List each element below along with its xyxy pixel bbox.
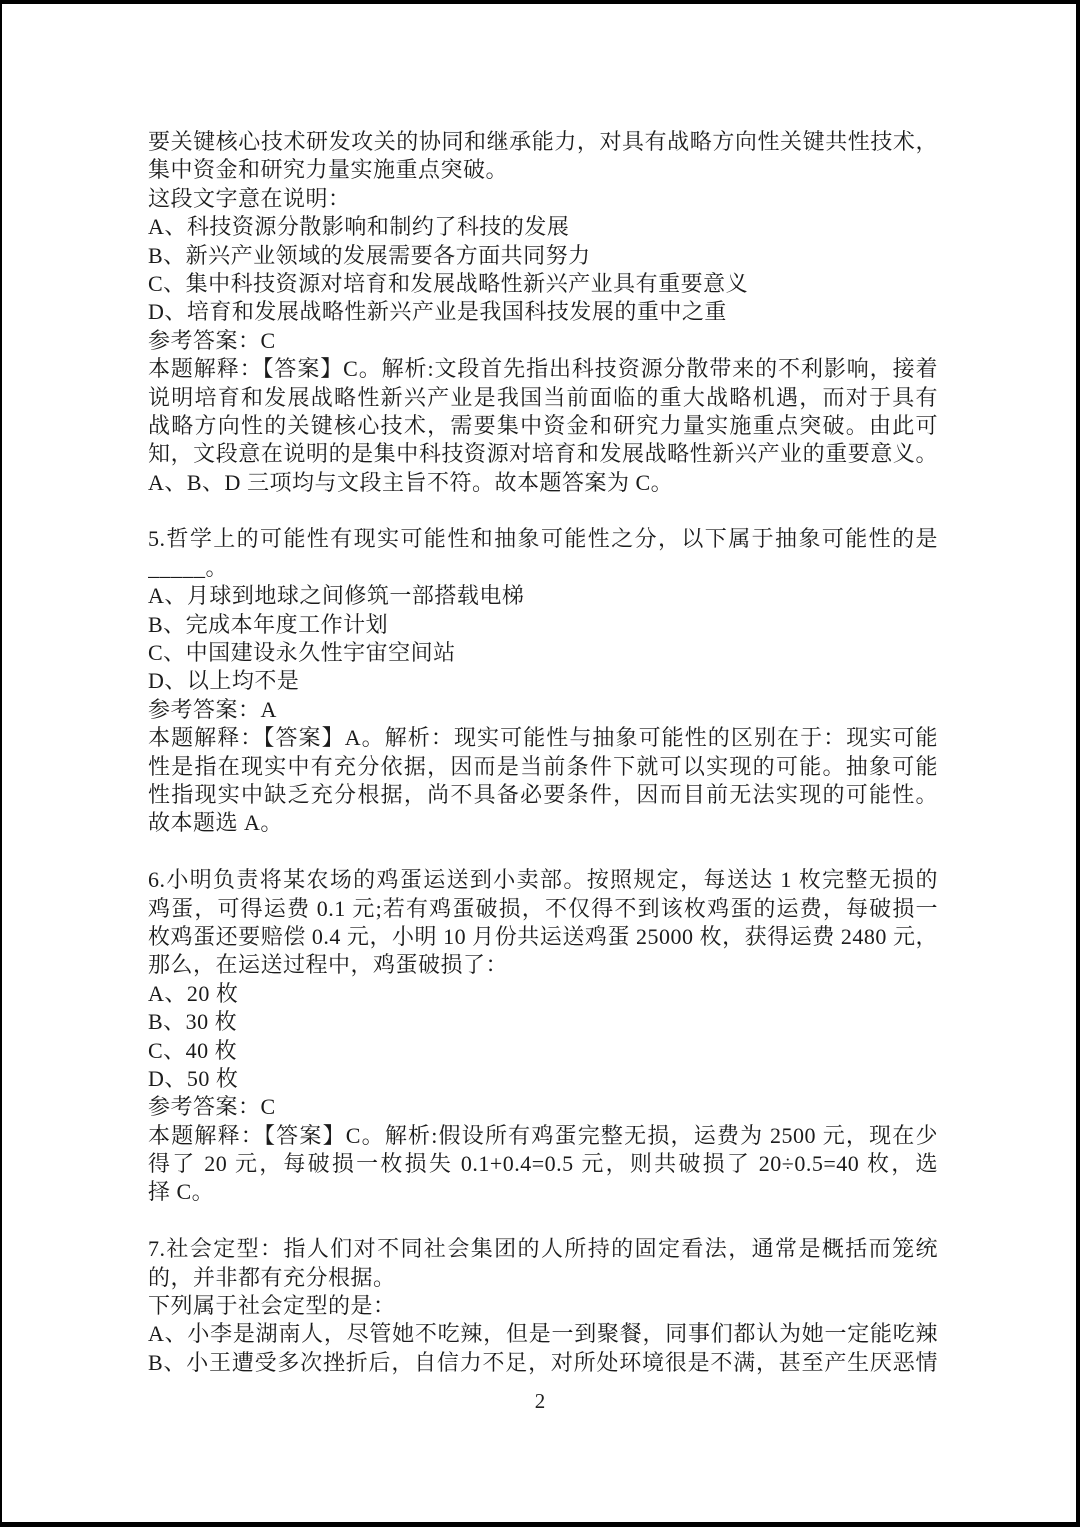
text-line: A、小李是湖南人，尽管她不吃辣，但是一到聚餐，同事们都认为她一定能吃辣 [148,1320,938,1348]
page-frame-right [1076,0,1080,1527]
text-line: C、中国建设永久性宇宙空间站 [148,639,938,667]
text-line: 本题解释：【答案】C。解析:文段首先指出科技资源分散带来的不利影响，接着 [148,355,938,383]
text-line: 集中资金和研究力量实施重点突破。 [148,156,938,184]
text-line: 5.哲学上的可能性有现实可能性和抽象可能性之分，以下属于抽象可能性的是 [148,525,938,553]
text-line: 这段文字意在说明： [148,185,938,213]
text-line: D、50 枚 [148,1065,938,1093]
text-line: C、集中科技资源对培育和发展战略性新兴产业具有重要意义 [148,270,938,298]
text-line: 说明培育和发展战略性新兴产业是我国当前面临的重大战略机遇，而对于具有 [148,384,938,412]
document-body: 要关键核心技术研发攻关的协同和继承能力，对具有战略方向性关键共性技术，集中资金和… [148,128,938,1377]
section-question-4-explanation: 要关键核心技术研发攻关的协同和继承能力，对具有战略方向性关键共性技术，集中资金和… [148,128,938,497]
text-line: 枚鸡蛋还要赔偿 0.4 元，小明 10 月份共运送鸡蛋 25000 枚，获得运费… [148,923,938,951]
text-line: B、完成本年度工作计划 [148,611,938,639]
page-frame-left [0,0,2,1527]
section-question-6: 6.小明负责将某农场的鸡蛋运送到小卖部。按照规定，每送达 1 枚完整无损的鸡蛋，… [148,866,938,1207]
text-line: A、月球到地球之间修筑一部搭载电梯 [148,582,938,610]
text-line: B、新兴产业领域的发展需要各方面共同努力 [148,242,938,270]
text-line: 下列属于社会定型的是： [148,1292,938,1320]
text-line: D、以上均不是 [148,667,938,695]
section-question-7: 7.社会定型：指人们对不同社会集团的人所持的固定看法，通常是概括而笼统的，并非都… [148,1235,938,1377]
text-line: D、培育和发展战略性新兴产业是我国科技发展的重中之重 [148,298,938,326]
text-line: 得了 20 元，每破损一枚损失 0.1+0.4=0.5 元，则共破损了 20÷0… [148,1150,938,1178]
text-line: 性指现实中缺乏充分根据，尚不具备必要条件，因而目前无法实现的可能性。 [148,781,938,809]
page-frame-bottom [0,1522,1080,1527]
document-page: 要关键核心技术研发攻关的协同和继承能力，对具有战略方向性关键共性技术，集中资金和… [0,0,1080,1527]
page-number: 2 [0,1389,1080,1413]
text-line: 本题解释：【答案】C。解析:假设所有鸡蛋完整无损，运费为 2500 元，现在少 [148,1122,938,1150]
text-line: 鸡蛋，可得运费 0.1 元;若有鸡蛋破损，不仅得不到该枚鸡蛋的运费，每破损一 [148,895,938,923]
text-line: 参考答案：C [148,1093,938,1121]
text-line: 性是指在现实中有充分依据，因而是当前条件下就可以实现的可能。抽象可能 [148,753,938,781]
text-line: A、科技资源分散影响和制约了科技的发展 [148,213,938,241]
text-line: 故本题选 A。 [148,809,938,837]
text-line: A、20 枚 [148,980,938,1008]
page-frame-top [0,0,1080,4]
text-line: _____。 [148,554,938,582]
text-line: 战略方向性的关键核心技术，需要集中资金和研究力量实施重点突破。由此可 [148,412,938,440]
text-line: 7.社会定型：指人们对不同社会集团的人所持的固定看法，通常是概括而笼统 [148,1235,938,1263]
text-line: 那么，在运送过程中，鸡蛋破损了： [148,951,938,979]
text-line: B、小王遭受多次挫折后，自信力不足，对所处环境很是不满，甚至产生厌恶情 [148,1349,938,1377]
text-line: 择 C。 [148,1178,938,1206]
text-line: A、B、D 三项均与文段主旨不符。故本题答案为 C。 [148,469,938,497]
text-line: 6.小明负责将某农场的鸡蛋运送到小卖部。按照规定，每送达 1 枚完整无损的 [148,866,938,894]
text-line: 本题解释：【答案】A。解析：现实可能性与抽象可能性的区别在于：现实可能 [148,724,938,752]
text-line: 知，文段意在说明的是集中科技资源对培育和发展战略性新兴产业的重要意义。 [148,440,938,468]
text-line: 参考答案：A [148,696,938,724]
text-line: 要关键核心技术研发攻关的协同和继承能力，对具有战略方向性关键共性技术， [148,128,938,156]
section-question-5: 5.哲学上的可能性有现实可能性和抽象可能性之分，以下属于抽象可能性的是_____… [148,525,938,837]
text-line: 的，并非都有充分根据。 [148,1264,938,1292]
text-line: C、40 枚 [148,1037,938,1065]
text-line: 参考答案：C [148,327,938,355]
text-line: B、30 枚 [148,1008,938,1036]
